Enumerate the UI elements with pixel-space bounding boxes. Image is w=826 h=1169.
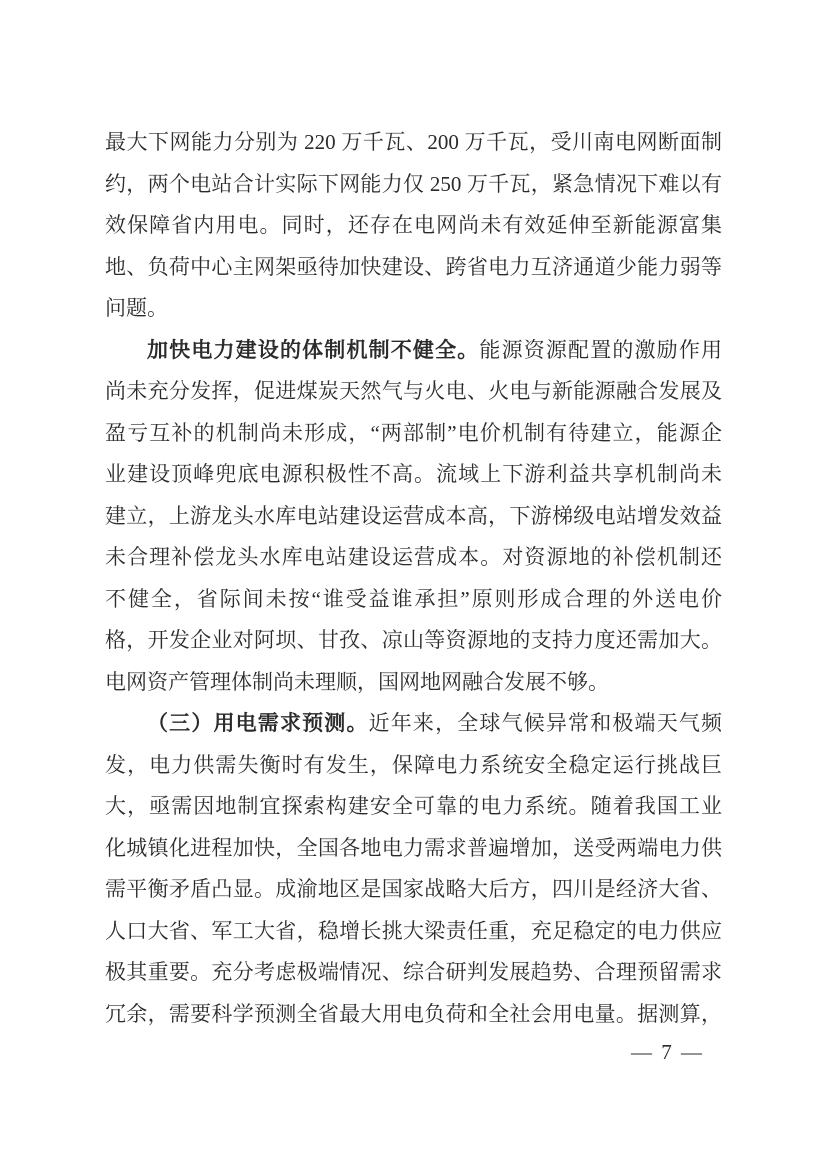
document-page: 最大下网能力分别为 220 万千瓦、200 万千瓦，受川南电网断面制 约，两个电… xyxy=(0,0,826,1169)
text-line: 约，两个电站合计实际下网能力仅 250 万千瓦，紧急情况下难以有 xyxy=(105,164,722,206)
text-line: 最大下网能力分别为 220 万千瓦、200 万千瓦，受川南电网断面制 xyxy=(105,122,722,164)
text-line: 格，开发企业对阿坝、甘孜、凉山等资源地的支持力度还需加大。 xyxy=(105,620,722,662)
paragraph-demand-forecast: （三）用电需求预测。近年来，全球气候异常和极端天气频 发，电力供需失衡时有发生，… xyxy=(105,703,722,1035)
text-line: 需平衡矛盾凸显。成渝地区是国家战略大后方，四川是经济大省、 xyxy=(105,869,722,911)
paragraph-lead-bold: 加快电力建设的体制机制不健全。 xyxy=(147,338,479,362)
text-line: 人口大省、军工大省，稳增长挑大梁责任重，充足稳定的电力供应 xyxy=(105,911,722,953)
text-line: （三）用电需求预测。近年来，全球气候异常和极端天气频 xyxy=(105,703,722,745)
paragraph-mechanism-issues: 加快电力建设的体制机制不健全。能源资源配置的激励作用 尚未充分发挥，促进煤炭天然… xyxy=(105,330,722,704)
text-line: 大，亟需因地制宜探索构建安全可靠的电力系统。随着我国工业 xyxy=(105,786,722,828)
text-line: 加快电力建设的体制机制不健全。能源资源配置的激励作用 xyxy=(105,330,722,372)
page-number: — 7 — xyxy=(631,1036,704,1068)
text-line: 电网资产管理体制尚未理顺，国网地网融合发展不够。 xyxy=(105,662,722,704)
text-line: 发，电力供需失衡时有发生，保障电力系统安全稳定运行挑战巨 xyxy=(105,745,722,787)
paragraph-lead-rest: 近年来，全球气候异常和极端天气频 xyxy=(369,711,722,735)
paragraph-lead-bold: （三）用电需求预测。 xyxy=(147,711,369,735)
body-text: 最大下网能力分别为 220 万千瓦、200 万千瓦，受川南电网断面制 约，两个电… xyxy=(105,122,722,1035)
text-line: 未合理补偿龙头水库电站建设运营成本。对资源地的补偿机制还 xyxy=(105,537,722,579)
paragraph-grid-constraints: 最大下网能力分别为 220 万千瓦、200 万千瓦，受川南电网断面制 约，两个电… xyxy=(105,122,722,330)
text-line: 极其重要。充分考虑极端情况、综合研判发展趋势、合理预留需求 xyxy=(105,952,722,994)
text-line: 不健全，省际间未按“谁受益谁承担”原则形成合理的外送电价 xyxy=(105,579,722,621)
paragraph-lead-rest: 能源资源配置的激励作用 xyxy=(479,338,722,362)
text-line: 盈亏互补的机制尚未形成，“两部制”电价机制有待建立，能源企 xyxy=(105,413,722,455)
text-line: 问题。 xyxy=(105,288,722,330)
text-line: 业建设顶峰兜底电源积极性不高。流域上下游利益共享机制尚未 xyxy=(105,454,722,496)
text-line: 建立，上游龙头水库电站建设运营成本高，下游梯级电站增发效益 xyxy=(105,496,722,538)
text-line: 地、负荷中心主网架亟待加快建设、跨省电力互济通道少能力弱等 xyxy=(105,247,722,289)
text-line: 化城镇化进程加快，全国各地电力需求普遍增加，送受两端电力供 xyxy=(105,828,722,870)
text-line: 尚未充分发挥，促进煤炭天然气与火电、火电与新能源融合发展及 xyxy=(105,371,722,413)
text-line: 冗余，需要科学预测全省最大用电负荷和全社会用电量。据测算， xyxy=(105,994,722,1036)
text-line: 效保障省内用电。同时，还存在电网尚未有效延伸至新能源富集 xyxy=(105,205,722,247)
